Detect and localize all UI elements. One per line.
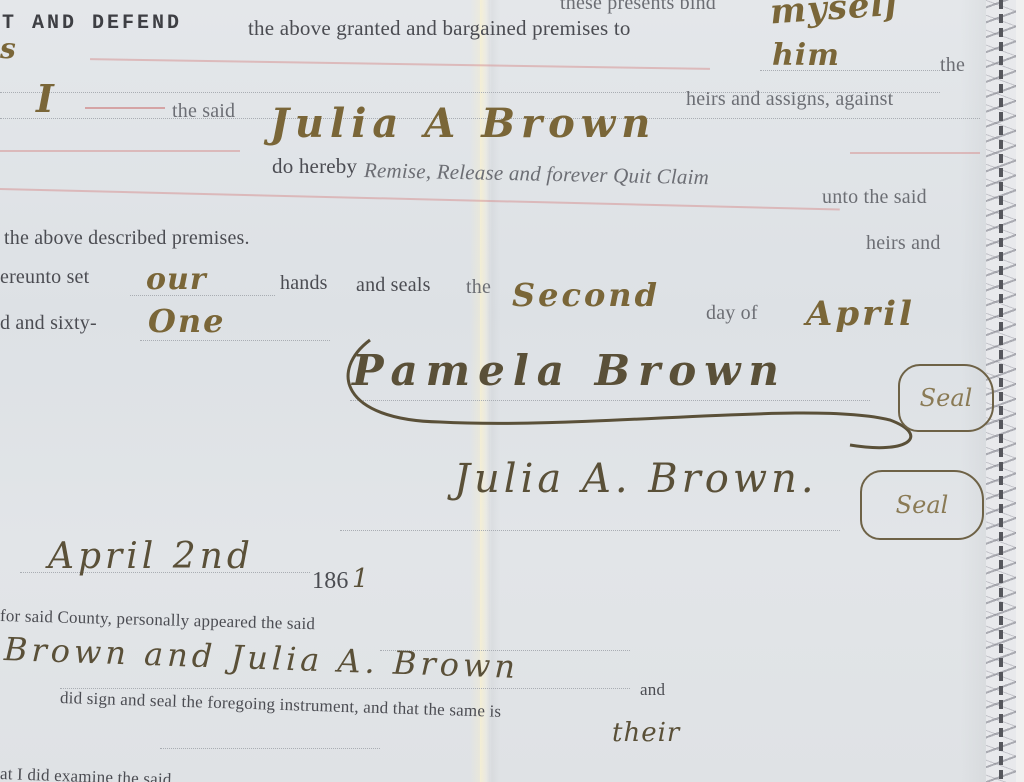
printed-text: day of [706,302,758,325]
handwritten-name: Julia A Brown [270,100,656,147]
printed-text: these presents bind [560,0,716,15]
printed-text: the above granted and bargained premises… [248,16,631,41]
handwritten-text: s [0,32,17,65]
dotted-rule [160,748,380,749]
printed-text: ereunto set [0,266,89,289]
dotted-rule [60,688,630,689]
printed-text: heirs and [866,232,941,255]
printed-text: unto the said [822,186,927,209]
dotted-rule [340,530,840,531]
handwritten-date: April 2nd [48,536,254,577]
printed-text: heirs and assigns, against [686,88,893,111]
handwritten-year-digit: 1 [352,564,370,594]
handwritten-text: I [36,76,55,121]
seal-first: Seal [898,364,994,432]
red-rule [850,152,980,154]
printed-text: the [940,54,965,77]
printed-text: and [640,680,665,700]
handwritten-text: their [612,718,680,748]
printed-text: do hereby [272,154,357,179]
signature-flourish [330,330,930,470]
handwritten-text: One [148,302,226,340]
dotted-rule [140,340,330,341]
printed-heading: T AND DEFEND [2,12,182,35]
red-rule [85,107,165,109]
handwritten-text: April [806,294,915,334]
printed-text: d and sixty- [0,312,97,335]
printed-text: and seals [356,274,431,297]
printed-text: hands [280,272,328,295]
printed-text: the above described premises. [4,227,250,250]
handwritten-text: Second [512,276,660,314]
handwritten-text: him [772,38,840,73]
paper-edge [1016,0,1024,782]
printed-text: the said [172,100,235,123]
printed-text: the [466,276,491,299]
printed-year: 186 [312,568,349,595]
seal-second: Seal [860,470,984,540]
handwritten-text: our [146,262,207,297]
red-rule [0,150,240,152]
signature-second: Julia A. Brown. [454,456,818,502]
